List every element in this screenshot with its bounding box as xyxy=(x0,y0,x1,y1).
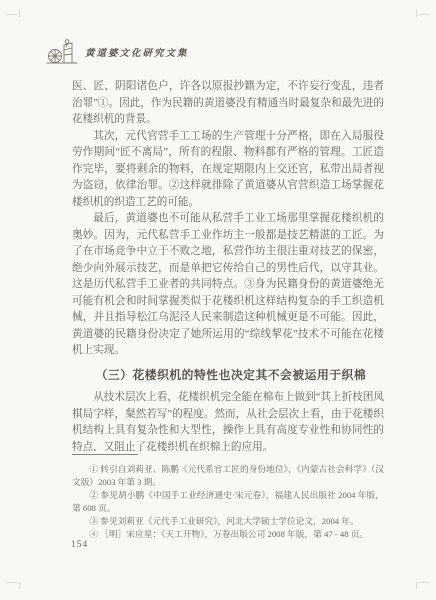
body-text: 医、匠、阴阳诸色户，许各以原报抄籍为定，不许妄行变乱，违者治罪”①。因此，作为民… xyxy=(72,79,384,451)
page-number: 154 xyxy=(71,540,88,550)
spinning-wheel-logo-icon xyxy=(46,38,78,66)
footnote-block: ① 转引自刘莉亚、陈鹏《元代系官工匠的身份地位》，《内蒙古社会科学》（汉文版）2… xyxy=(72,454,384,541)
crop-mark-bottom-right xyxy=(415,580,429,590)
book-page: 黄道婆文化研究文集 医、匠、阴阳诸色户，许各以原报抄籍为定，不许妄行变乱，违者治… xyxy=(0,0,436,600)
paragraph-second: 其次，元代官营手工工场的生产管理十分严格，即在入局服役劳作期间“匠不离局”，所有… xyxy=(72,129,384,212)
footnote-2: ② 参见胡小鹏《中国手工业经济通史·宋元卷》，福建人民出版社 2004 年版，第… xyxy=(72,489,384,515)
footnote-4: ④ ［明］宋应星：《天工开物》，万卷出版公司 2008 年版，第 47 - 48… xyxy=(72,528,384,541)
crop-mark-top-right xyxy=(415,8,429,18)
page-header: 黄道婆文化研究文集 xyxy=(46,38,189,66)
book-title: 黄道婆文化研究文集 xyxy=(85,45,189,59)
paragraph-continuation: 医、匠、阴阳诸色户，许各以原报抄籍为定，不许妄行变乱，违者治罪”①。因此，作为民… xyxy=(72,79,384,129)
crop-mark-top-left xyxy=(7,8,21,18)
footnote-1: ① 转引自刘莉亚、陈鹏《元代系官工匠的身份地位》，《内蒙古社会科学》（汉文版）2… xyxy=(72,463,384,489)
paragraph-technical: 从技术层次上看，花楼织机完全能在棉布上做到“其上折枝团凤棋局字样，粲然若写”的程… xyxy=(72,390,384,451)
section-heading: （三）花楼织机的特性也决定其不会被运用于织棉 xyxy=(72,367,384,384)
paragraph-last: 最后，黄道婆也不可能从私营手工业工场那里掌握花楼织机的奥妙。因为，元代私营手工业… xyxy=(72,211,384,360)
footnote-3: ③ 参见刘莉亚《元代手工业研究》，河北大学硕士学位论文，2004 年。 xyxy=(72,515,384,528)
footnote-divider xyxy=(72,454,138,455)
crop-mark-bottom-left xyxy=(7,580,21,590)
